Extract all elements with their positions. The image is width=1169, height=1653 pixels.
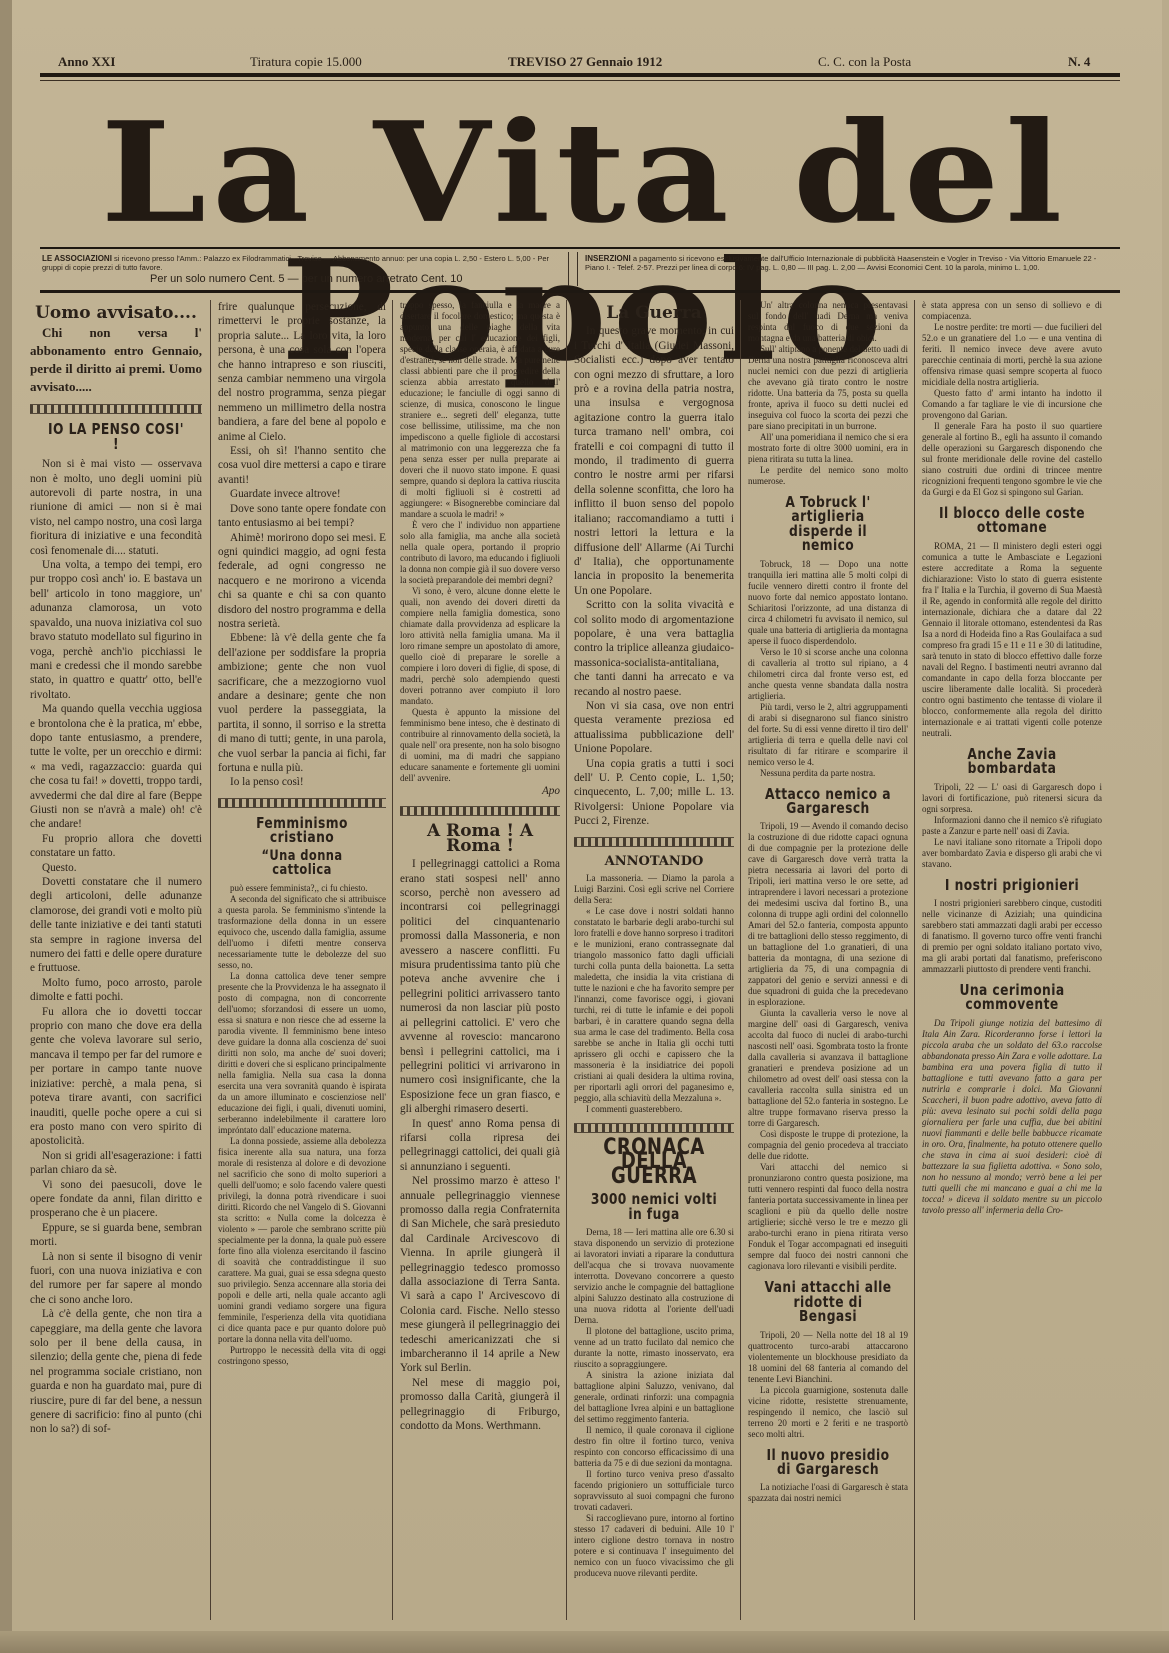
postal-label: C. C. con la Posta bbox=[818, 54, 911, 70]
article-headline: Vani attacchi alle ridotte di Bengasi bbox=[762, 1280, 893, 1323]
ornamental-divider bbox=[218, 798, 386, 808]
year-label: Anno XXI bbox=[58, 54, 115, 70]
article-paragraph: Le nostre perdite: tre morti — due fucil… bbox=[922, 322, 1102, 388]
article-paragraph: Eppure, se si guarda bene, sembran morti… bbox=[30, 1221, 202, 1250]
article-paragraph: Il generale Fara ha posto il suo quartie… bbox=[922, 421, 1102, 498]
page-edge-bottom bbox=[0, 1631, 1169, 1653]
article-paragraph: è stata appresa con un senso di sollievo… bbox=[922, 300, 1102, 322]
article-signature: Apo bbox=[400, 784, 560, 798]
article-paragraph: Nel mese di maggio poi, promosso dalla C… bbox=[400, 1376, 560, 1434]
masthead-rule bbox=[40, 73, 1120, 77]
article-paragraph: I commenti guasterebbero. bbox=[574, 1104, 734, 1115]
advertising-label: INSERZIONI bbox=[585, 254, 631, 263]
article-paragraph: frire qualunque persecuzione, di rimette… bbox=[218, 300, 386, 444]
article-paragraph: Tobruck, 18 — Dopo una notte tranquilla … bbox=[748, 559, 908, 647]
article-paragraph: La massoneria. — Diamo la parola a Luigi… bbox=[574, 873, 734, 906]
article-headline: La Guerra bbox=[574, 306, 734, 320]
article-paragraph: Le navi italiane sono ritornate a Tripol… bbox=[922, 837, 1102, 870]
article-headline: Il nuovo presidio di Gargaresch bbox=[762, 1448, 893, 1477]
article-paragraph: Derna, 18 — Ieri mattina alle ore 6.30 s… bbox=[574, 1227, 734, 1326]
article-paragraph: Il nemico, il quale coronava il ciglione… bbox=[574, 1425, 734, 1469]
article-paragraph: Ma quando quella vecchia uggiosa e bront… bbox=[30, 702, 202, 832]
article-paragraph: Tripoli, 22 — L' oasi di Gargaresch dopo… bbox=[922, 782, 1102, 815]
notice-text: Chi non versa l' abbonamento entro Genna… bbox=[30, 324, 202, 396]
article-paragraph: Molto fumo, poco arrosto, parole dimolte… bbox=[30, 976, 202, 1005]
article-paragraph: Tripoli, 20 — Nella notte del 18 al 19 q… bbox=[748, 1330, 908, 1385]
article-headline: Il blocco delle coste ottomane bbox=[938, 506, 1086, 535]
article-headline: A Roma ! A Roma ! bbox=[400, 824, 560, 853]
article-paragraph: Non si è mai visto — osservava non è mol… bbox=[30, 457, 202, 558]
section-headline: ANNOTANDO bbox=[574, 855, 734, 869]
article-paragraph: ROMA, 21 — Il ministero degli esteri ogg… bbox=[922, 541, 1102, 739]
article-paragraph: Non vi sia casa, ove non entri questa ve… bbox=[574, 699, 734, 757]
ornamental-divider bbox=[574, 837, 734, 847]
header-bottom-rule bbox=[40, 290, 1120, 293]
article-paragraph: La donna possiede, assieme alla debolezz… bbox=[218, 1136, 386, 1345]
article-paragraph: Si raccoglievano pure, intorno al fortin… bbox=[574, 1513, 734, 1579]
place-date: TREVISO 27 Gennaio 1912 bbox=[508, 54, 662, 70]
article-paragraph: Purtroppo le necessità della vita di ogg… bbox=[218, 1345, 386, 1367]
subscriptions-text: si ricevono presso l'Amm.: Palazzo ex Fi… bbox=[42, 254, 549, 272]
article-paragraph: Fu allora che io dovetti toccar proprio … bbox=[30, 1005, 202, 1149]
article-paragraph: Una copia gratis a tutti i soci dell' U.… bbox=[574, 757, 734, 829]
column-rule bbox=[740, 300, 741, 1620]
ornamental-divider bbox=[400, 806, 560, 816]
article-paragraph: Vari attacchi del nemico si pronunziaron… bbox=[748, 1162, 908, 1272]
article-paragraph: Nessuna perdita da parte nostra. bbox=[748, 768, 908, 779]
article-paragraph: Vi sono dei paesucoli, dove le opere fon… bbox=[30, 1178, 202, 1221]
article-paragraph: Non si gridi all'esagerazione: i fatti p… bbox=[30, 1149, 202, 1178]
article-paragraph: Là c'è della gente, che non tira a capeg… bbox=[30, 1307, 202, 1437]
article-paragraph: Questo fatto d' armi intanto ha indotto … bbox=[922, 388, 1102, 421]
article-paragraph: Da Tripoli giunge notizia del battesimo … bbox=[922, 1018, 1102, 1216]
article-paragraph: Questa è appunto la missione del femmini… bbox=[400, 707, 560, 784]
article-paragraph: Più tardi, verso le 2, altri aggruppamen… bbox=[748, 702, 908, 768]
article-paragraph: La donna cattolica deve tener sempre pre… bbox=[218, 971, 386, 1136]
article-headline: 3000 nemici volti in fuga bbox=[588, 1192, 719, 1221]
article-paragraph: A seconda del significato che si attribu… bbox=[218, 894, 386, 971]
article-paragraph: Vi sono, è vero, alcune donne elette le … bbox=[400, 586, 560, 707]
column-rule bbox=[392, 300, 393, 1620]
article-paragraph: Essi, oh sì! l'hanno sentito che cosa vu… bbox=[218, 444, 386, 487]
subscriptions-info: LE ASSOCIAZIONI si ricevono presso l'Amm… bbox=[42, 254, 562, 272]
article-paragraph: Ahimè! morirono dopo sei mesi. E ogni qu… bbox=[218, 531, 386, 632]
section-headline: CRONACA DELLA GUERRA bbox=[588, 1141, 719, 1184]
article-paragraph: Giunta la cavalleria verso le nove al ma… bbox=[748, 1008, 908, 1129]
subscriptions-label: LE ASSOCIAZIONI bbox=[42, 254, 112, 263]
column-rule bbox=[210, 300, 211, 1620]
article-paragraph: Le perdite del nemico sono molto numeros… bbox=[748, 465, 908, 487]
article-paragraph: Così disposte le truppe di protezione, l… bbox=[748, 1129, 908, 1162]
article-paragraph: Scritto con la solita vivacità e col sol… bbox=[574, 598, 734, 699]
article-paragraph: Verso le 10 si scorse anche una colonna … bbox=[748, 647, 908, 702]
article-paragraph: I nostri prigionieri sarebbero cinque, c… bbox=[922, 898, 1102, 975]
article-paragraph: La piccola guarnigione, sostenuta dalle … bbox=[748, 1385, 908, 1440]
column-rule bbox=[566, 300, 567, 1620]
article-paragraph: Il plotone del battaglione, uscito prima… bbox=[574, 1326, 734, 1370]
article-paragraph: Questo. bbox=[30, 861, 202, 875]
article-headline: Femminismo cristiano bbox=[233, 816, 371, 845]
article-paragraph: Dovetti constatare che il numero degli a… bbox=[30, 875, 202, 976]
article-paragraph: Fu proprio allora che dovetti constatare… bbox=[30, 832, 202, 861]
issue-number: N. 4 bbox=[1068, 54, 1090, 70]
column-3: troppo spesso, la fanciulla e la madre a… bbox=[400, 300, 560, 1620]
article-paragraph: « Le case dove i nostri soldati hanno co… bbox=[574, 906, 734, 1104]
article-paragraph: A sinistra la azione iniziata dal battag… bbox=[574, 1370, 734, 1425]
article-headline: Attacco nemico a Gargaresch bbox=[762, 787, 893, 816]
masthead-info-line: Anno XXI Tiratura copie 15.000 TREVISO 2… bbox=[58, 54, 1108, 74]
article-paragraph: Una volta, a tempo dei tempi, ero pur tr… bbox=[30, 558, 202, 702]
article-paragraph: In quest' anno Roma pensa di rifarsi col… bbox=[400, 1117, 560, 1175]
column-6: è stata appresa con un senso di sollievo… bbox=[922, 300, 1102, 1620]
article-headline: Una cerimonia commovente bbox=[938, 983, 1086, 1012]
article-paragraph: Là non si sente il bisogno di venir fuor… bbox=[30, 1250, 202, 1308]
article-paragraph: Il fortino turco veniva preso d'assalto … bbox=[574, 1469, 734, 1513]
info-divider bbox=[568, 252, 578, 286]
article-paragraph: Informazioni danno che il nemico s'è rif… bbox=[922, 815, 1102, 837]
column-1: Uomo avvisato....Chi non versa l' abbona… bbox=[30, 300, 202, 1620]
article-paragraph: È vero che l' individuo non appartiene s… bbox=[400, 520, 560, 586]
article-paragraph: In questo grave momento, in cui i Turchi… bbox=[574, 324, 734, 598]
article-headline: I nostri prigionieri bbox=[938, 878, 1086, 892]
article-subheadline: “Una donna cattolica bbox=[233, 849, 371, 878]
masthead-rule-thin bbox=[40, 80, 1120, 81]
article-paragraph: Dove sono tante opere fondate con tanto … bbox=[218, 502, 386, 531]
price-line: Per un solo numero Cent. 5 — per un nume… bbox=[150, 273, 462, 285]
article-paragraph: Io la penso così! bbox=[218, 775, 386, 789]
column-rule bbox=[914, 300, 915, 1620]
article-paragraph: Guardate invece altrove! bbox=[218, 487, 386, 501]
column-4: La GuerraIn questo grave momento, in cui… bbox=[574, 300, 734, 1620]
article-headline: A Tobruck l' artiglieria disperde il nem… bbox=[762, 495, 893, 553]
article-paragraph: I pellegrinaggi cattolici a Roma erano s… bbox=[400, 857, 560, 1116]
article-paragraph: Tripoli, 19 — Avendo il comando deciso l… bbox=[748, 821, 908, 1008]
circulation-label: Tiratura copie 15.000 bbox=[250, 54, 362, 70]
article-headline: Anche Zavia bombardata bbox=[938, 747, 1086, 776]
article-paragraph: Nel prossimo marzo è atteso l' annuale p… bbox=[400, 1174, 560, 1376]
column-2: frire qualunque persecuzione, di rimette… bbox=[218, 300, 386, 1620]
article-paragraph: troppo spesso, la fanciulla e la madre a… bbox=[400, 300, 560, 520]
article-paragraph: Sull' altipiano a ponente del detto uadi… bbox=[748, 344, 908, 432]
ornamental-divider bbox=[30, 404, 202, 414]
advertising-info: INSERZIONI a pagamento si ricevono esclu… bbox=[585, 254, 1115, 272]
advertising-text: a pagamento si ricevono esclusivamente d… bbox=[585, 254, 1096, 272]
article-paragraph: La notiziache l'oasi di Gargaresch è sta… bbox=[748, 1482, 908, 1504]
article-paragraph: Ebbene: là v'è della gente che fa dell'a… bbox=[218, 631, 386, 775]
article-paragraph: può essere femminista?,, ci fu chiesto. bbox=[218, 883, 386, 894]
ornamental-divider bbox=[574, 1123, 734, 1133]
article-headline: Uomo avvisato.... bbox=[30, 306, 202, 320]
article-paragraph: Un' altra colonna nemica presentavasi su… bbox=[748, 300, 908, 344]
title-rule bbox=[40, 247, 1120, 249]
column-5: Un' altra colonna nemica presentavasi su… bbox=[748, 300, 908, 1620]
article-headline: IO LA PENSO COSI' ! bbox=[45, 422, 186, 451]
article-paragraph: All' una pomeridiana il nemico che si er… bbox=[748, 432, 908, 465]
